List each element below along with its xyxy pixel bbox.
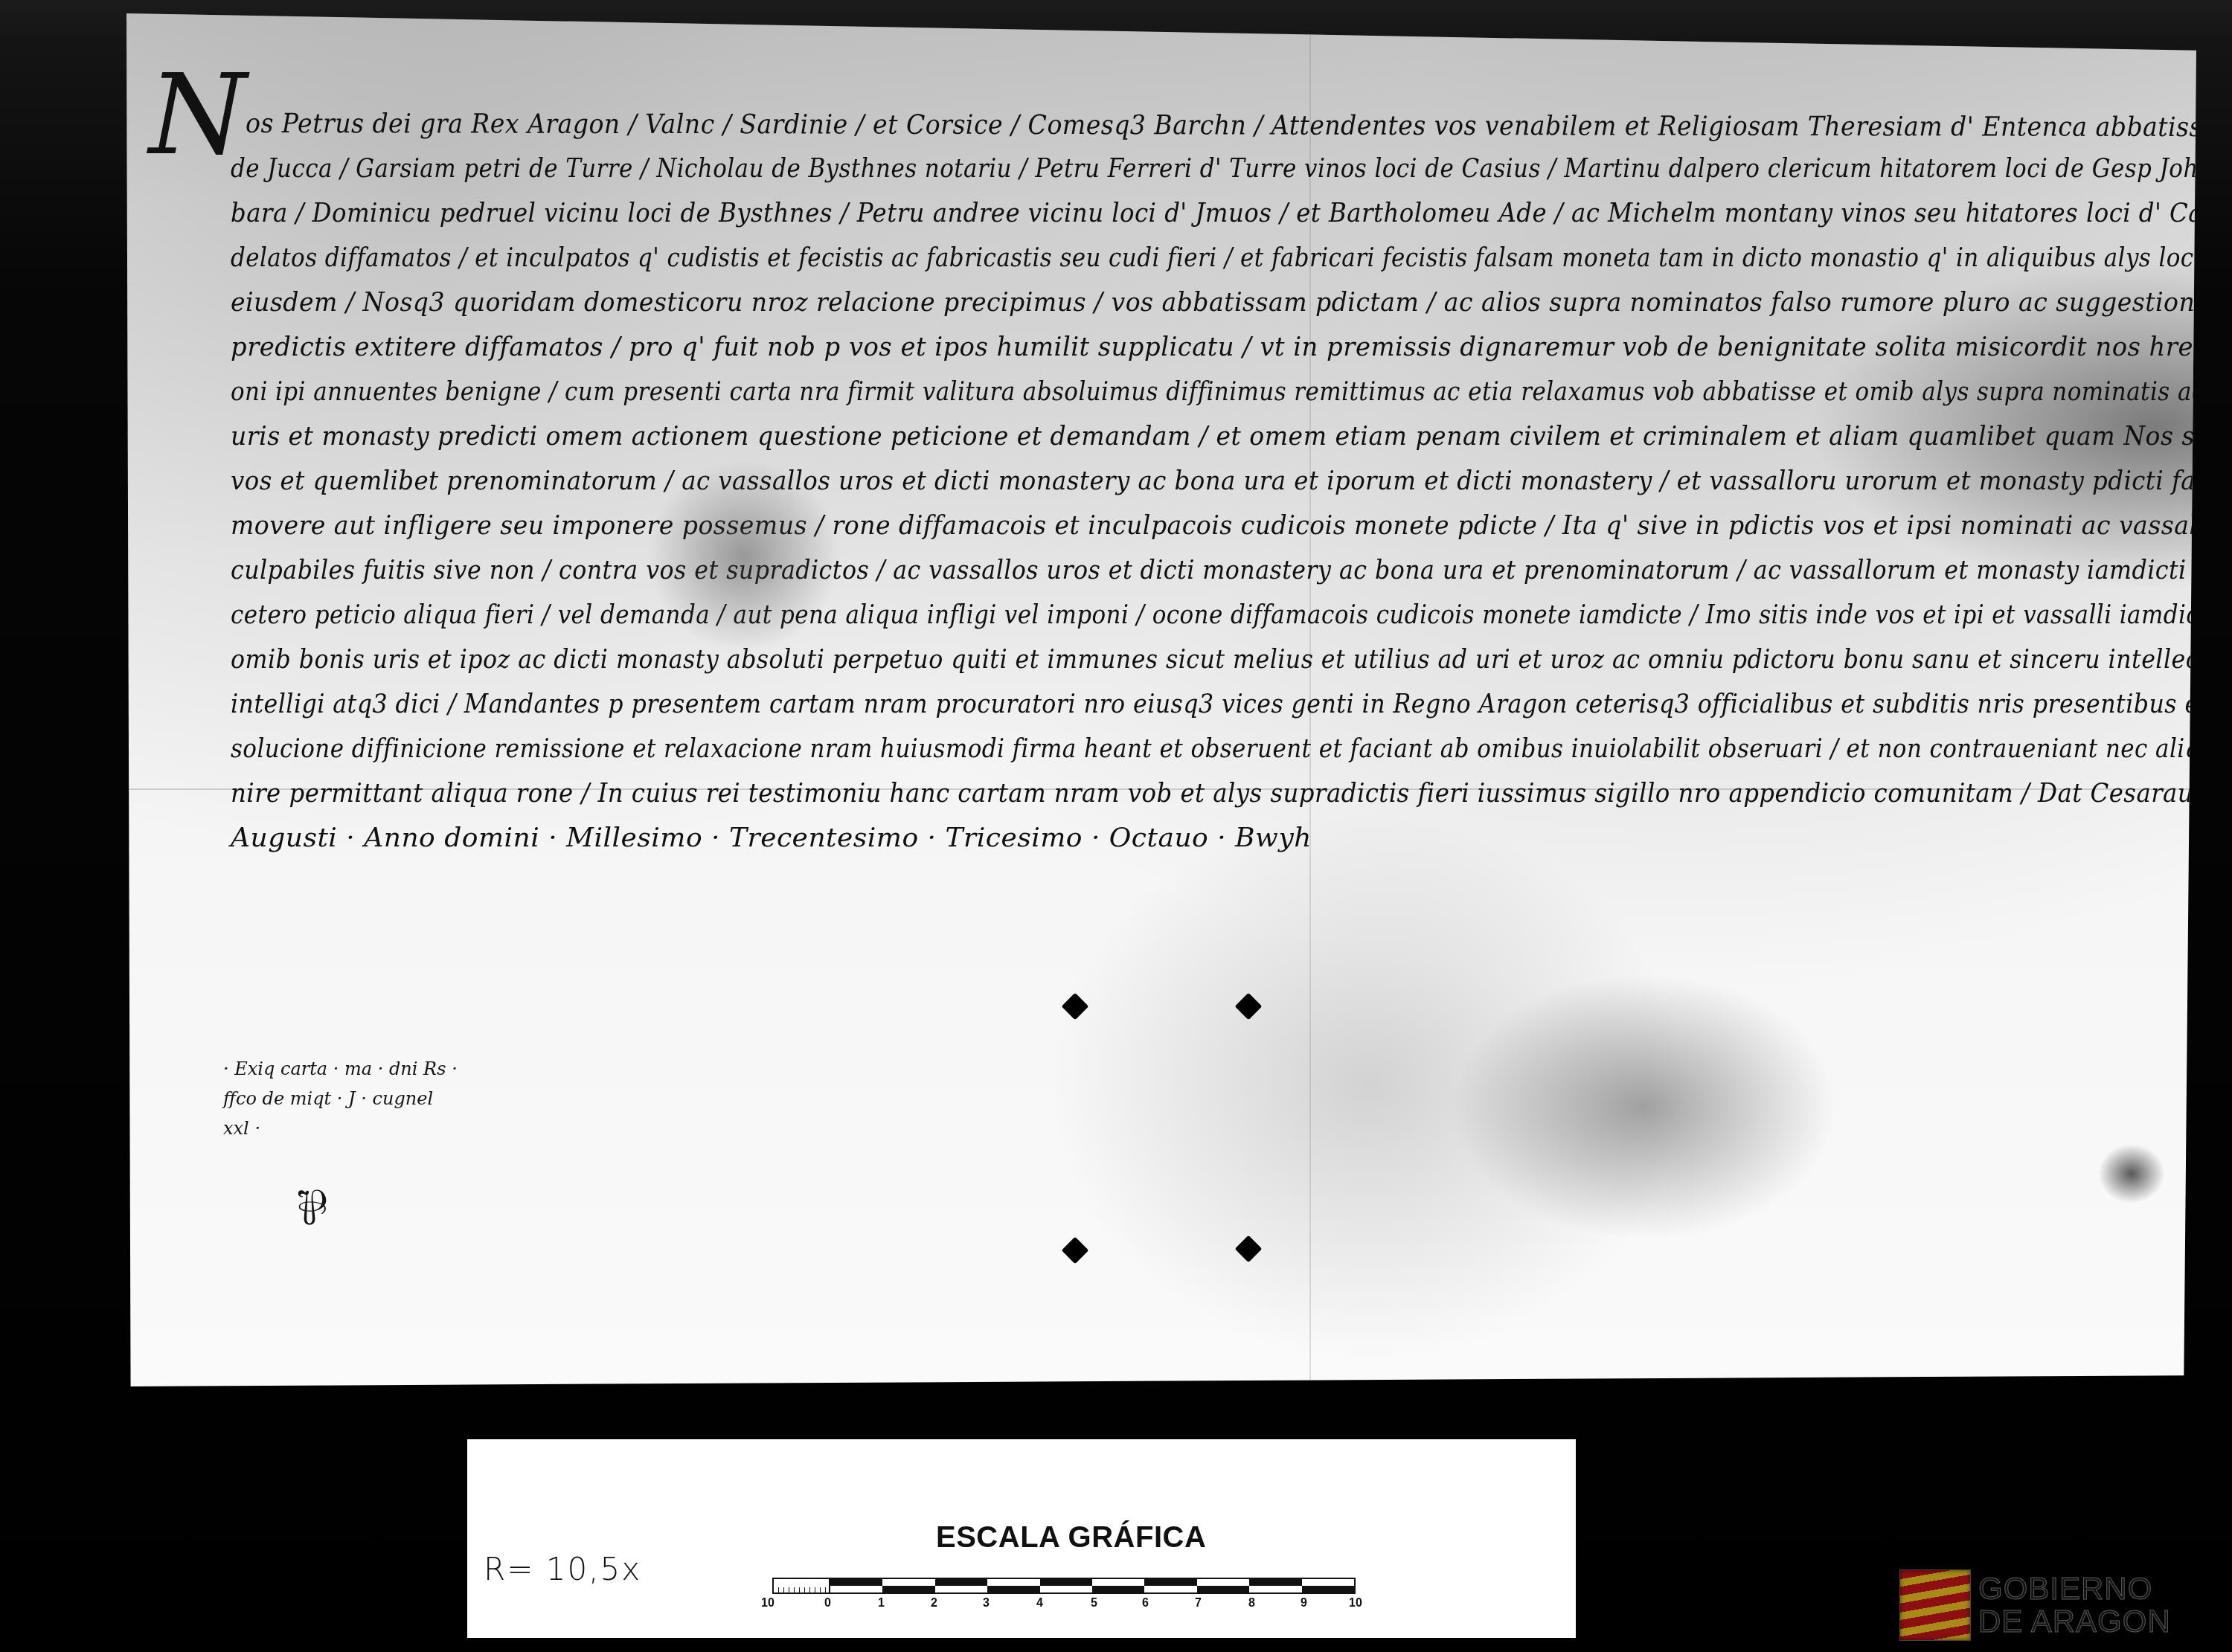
tick-label: 6	[1142, 1597, 1149, 1610]
scale-tick-labels: 10 0 1 2 3 4 5 6 7 8 9 10	[761, 1597, 1379, 1615]
scale-title: ESCALA GRÁFICA	[936, 1521, 1206, 1555]
tick-label: 3	[983, 1597, 990, 1610]
ink-stain	[647, 460, 841, 653]
text-line: de Jucca / Garsiam petri de Turre / Nich…	[231, 153, 2232, 184]
scale-segment	[1092, 1579, 1144, 1592]
text-line: solucione diffinicione remissione et rel…	[231, 733, 2232, 764]
tick-label: 8	[1248, 1597, 1255, 1610]
parchment-document: N os Petrus dei gra Rex Aragon / Valnc /…	[126, 13, 2196, 1386]
seal-hole	[1062, 993, 1089, 1021]
scale-segment	[1302, 1579, 1354, 1592]
gobierno-de-aragon-logo: GOBIERNO DE ARAGON	[1899, 1569, 2171, 1641]
tick-label: 9	[1301, 1597, 1307, 1610]
tick-label: 1	[878, 1597, 885, 1610]
scale-subdivision	[774, 1579, 830, 1592]
tick-label: 2	[931, 1597, 937, 1610]
logo-line-2: DE ARAGON	[1978, 1605, 2171, 1638]
tick-label: 10	[761, 1597, 775, 1610]
scale-segment	[1249, 1579, 1301, 1592]
text-line: Augusti · Anno domini · Millesimo · Trec…	[231, 823, 1312, 853]
text-line: eiusdem / Nosq3 quoridam domesticoru nro…	[231, 287, 2232, 318]
tick-label: 4	[1036, 1597, 1043, 1610]
reduction-ratio: R= 10,5x	[484, 1551, 641, 1587]
text-line: movere aut infligere seu imponere possem…	[231, 510, 2232, 541]
text-line: nire permittant aliqua rone / In cuius r…	[231, 778, 2232, 809]
tick-label: 7	[1195, 1597, 1202, 1610]
graphic-scale-bar	[772, 1578, 1356, 1594]
seal-hole	[1235, 993, 1263, 1021]
tick-label: 5	[1091, 1597, 1097, 1610]
text-line: os Petrus dei gra Rex Aragon / Valnc / S…	[246, 109, 2232, 144]
notary-monogram: ⅌	[296, 1174, 327, 1238]
text-line: vos et quemlibet prenominatorum / ac vas…	[231, 466, 2232, 496]
text-line: uris et monasty predicti omem actionem q…	[231, 421, 2232, 451]
aragon-flag-icon	[1899, 1569, 1971, 1641]
scale-segment	[1040, 1579, 1092, 1592]
logo-wordmark: GOBIERNO DE ARAGON	[1978, 1572, 2171, 1638]
scale-segment	[1144, 1579, 1196, 1592]
text-line: oni ipi annuentes benigne / cum presenti…	[231, 376, 2232, 407]
scale-card: R= 10,5x ESCALA GRÁFICA 10 0 1 2 3 4 5 6…	[467, 1439, 1576, 1638]
text-line: bara / Dominicu pedruel vicinu loci de B…	[231, 198, 2232, 228]
ink-stain	[2098, 1144, 2165, 1203]
ink-stain	[1451, 973, 1838, 1241]
text-line: cetero peticio aliqua fieri / vel demand…	[231, 600, 2232, 630]
tick-label: 0	[824, 1597, 831, 1610]
tick-label: 10	[1349, 1597, 1362, 1610]
text-line: intelligi atq3 dici / Mandantes p presen…	[231, 689, 2232, 719]
marginal-note-line: · Exiq carta · ma · dni Rs ·	[223, 1058, 458, 1079]
marginal-note-line: ffco de miqt · J · cugnel	[223, 1088, 433, 1109]
logo-line-1: GOBIERNO	[1978, 1572, 2171, 1605]
seal-hole	[1235, 1235, 1263, 1263]
scale-segment	[830, 1579, 882, 1592]
text-line: culpabiles fuitis sive non / contra vos …	[231, 555, 2232, 585]
scale-segment	[882, 1579, 934, 1592]
scale-segment	[1197, 1579, 1249, 1592]
scale-segment	[987, 1579, 1039, 1592]
text-line: omib bonis uris et ipoz ac dicti monasty…	[231, 644, 2232, 675]
seal-hole	[1062, 1237, 1089, 1264]
text-line: delatos diffamatos / et inculpatos q' cu…	[231, 242, 2232, 273]
text-line: predictis extitere diffamatos / pro q' f…	[231, 332, 2232, 362]
marginal-note-line: xxl ·	[223, 1118, 260, 1139]
scale-segment	[935, 1579, 987, 1592]
